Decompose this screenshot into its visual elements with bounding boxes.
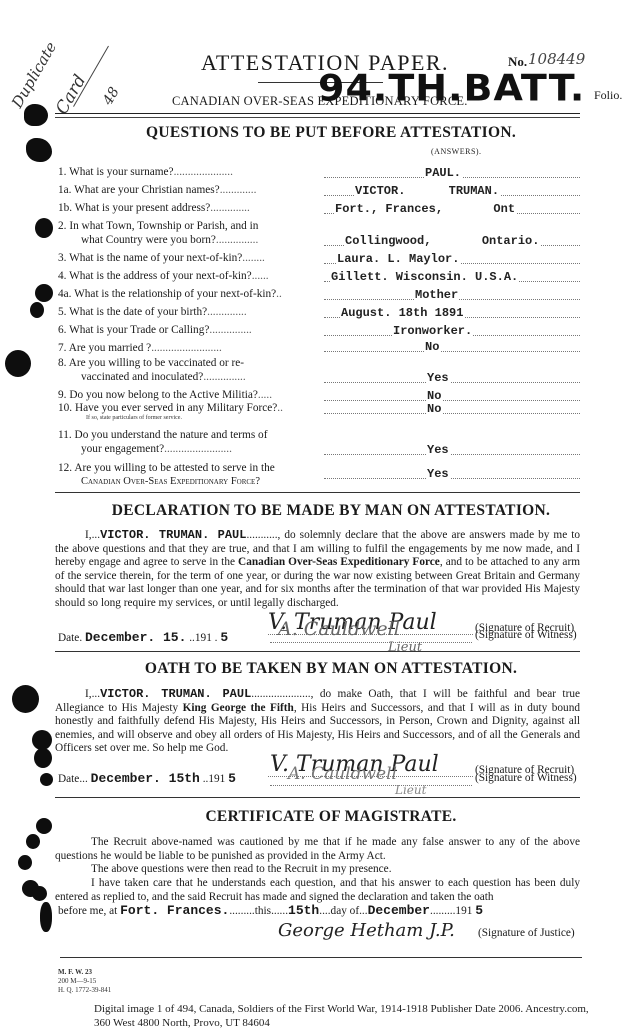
question-1: 1. What is your surname?................… [58, 165, 314, 179]
question-8: 8. Are you willing to be vaccinated or r… [58, 356, 314, 384]
oath-witness-rank: Lieut [395, 783, 426, 797]
section-divider [60, 957, 582, 958]
answer-7: No [324, 339, 580, 354]
margin-note-line: 48 [100, 85, 123, 108]
question-1b: 1b. What is your present address?.......… [58, 201, 314, 215]
answer-1: PAUL. [324, 165, 580, 180]
declaration-text: I,...VICTOR. TRUMAN. PAUL..........., do… [55, 529, 580, 611]
answer-10: No [324, 401, 580, 416]
ink-blot [40, 773, 53, 786]
header-divider [55, 113, 580, 118]
question-6: 6. What is your Trade or Calling?.......… [58, 323, 314, 337]
magistrate-para-2: The above questions were then read to th… [55, 863, 580, 877]
answer-12: Yes [324, 466, 580, 481]
answer-5: August. 18th 1891 [324, 305, 580, 320]
oath-witness-signature: A. Cauldwell [288, 764, 397, 784]
answers-column-label: (ANSWERS). [431, 147, 482, 156]
oath-date-value: December. 15th [91, 771, 200, 786]
margin-note-line: Card [52, 71, 90, 118]
oath-heading: OATH TO BE TAKEN BY MAN ON ATTESTATION. [0, 660, 640, 678]
ink-blot [34, 748, 52, 768]
question-10-note: If so, state particulars of former servi… [86, 415, 182, 421]
magistrate-month: December [368, 903, 430, 918]
answer-6: Ironworker. [324, 323, 580, 338]
regimental-number: 108449 [528, 50, 585, 68]
ink-blot [30, 302, 44, 318]
question-9: 9. Do you now belong to the Active Milit… [58, 388, 314, 402]
answer-1b: Fort., Frances, Ont [324, 201, 580, 216]
form-codes: M. F. W. 23 200 M—9-15 H. Q. 1772-39-841 [58, 968, 111, 995]
declarant-name: VICTOR. TRUMAN. PAUL [100, 528, 246, 542]
question-1a: 1a. What are your Christian names?......… [58, 183, 314, 197]
witness-signature: A. Cauldwell [278, 618, 400, 640]
answer-3: Laura. L. Maylor. [324, 251, 580, 266]
answer-4: Gillett. Wisconsin. U.S.A. [324, 269, 580, 284]
magistrate-place: Fort. Frances. [120, 903, 229, 918]
answer-2: Collingwood, Ontario. [324, 233, 580, 248]
ink-blot [18, 855, 32, 870]
declaration-heading: DECLARATION TO BE MADE BY MAN ON ATTESTA… [0, 502, 640, 520]
magistrate-date-line: before me, at Fort. Frances..........thi… [58, 903, 583, 918]
question-7: 7. Are you married ?....................… [58, 341, 314, 355]
image-credit: Digital image 1 of 494, Canada, Soldiers… [94, 1002, 589, 1030]
answer-11: Yes [324, 442, 580, 457]
question-12: 12. Are you willing to be attested to se… [58, 461, 314, 489]
justice-signature: George Hetham J.P. [278, 920, 455, 941]
answer-1a: VICTOR. TRUMAN. [324, 183, 580, 198]
ink-blot [12, 685, 39, 713]
question-4: 4. What is the address of your next-of-k… [58, 269, 314, 283]
ink-blot [32, 886, 47, 901]
declaration-date: Date. December. 15. ..191 . 5 [58, 630, 228, 645]
declaration-date-value: December. 15. [85, 630, 186, 645]
answer-4a: Mother [324, 287, 580, 302]
battalion-stamp: 94.TH.BATT. [318, 67, 585, 109]
section-divider [55, 492, 580, 493]
witness-signature-label: (Signature of Witness) [475, 629, 577, 641]
answer-8: Yes [324, 370, 580, 385]
magistrate-day: 15th [288, 903, 319, 918]
ink-blot [32, 730, 52, 750]
section-divider [55, 797, 580, 798]
question-5: 5. What is the date of your birth?......… [58, 305, 314, 319]
witness-rank: Lieut [388, 640, 422, 655]
question-3: 3. What is the name of your next-of-kin?… [58, 251, 314, 265]
ink-blot [26, 834, 40, 849]
ink-blot [35, 218, 53, 238]
ink-blot [35, 284, 53, 302]
justice-signature-label: (Signature of Justice) [478, 927, 575, 939]
oath-date: Date... December. 15th ..191 5 [58, 771, 236, 786]
oath-name: VICTOR. TRUMAN. PAUL [100, 687, 251, 701]
magistrate-para-1: The Recruit above-named was cautioned by… [55, 836, 580, 863]
question-4a: 4a. What is the relationship of your nex… [58, 287, 314, 301]
magistrate-para-3: I have taken care that he understands ea… [55, 877, 580, 904]
ink-blot [40, 902, 52, 932]
question-2: 2. In what Town, Township or Parish, and… [58, 219, 314, 247]
magistrate-heading: CERTIFICATE OF MAGISTRATE. [0, 808, 640, 826]
oath-text: I,...VICTOR. TRUMAN. PAUL...............… [55, 688, 580, 756]
folio-label: Folio. [594, 88, 622, 103]
section-divider [55, 651, 580, 652]
oath-witness-signature-label: (Signature of Witness) [475, 772, 577, 784]
signature-dotline [270, 785, 472, 786]
question-11: 11. Do you understand the nature and ter… [58, 428, 314, 456]
question-10: 10. Have you ever served in any Military… [58, 401, 314, 415]
signature-dotline [270, 642, 472, 643]
ink-blot [5, 350, 31, 377]
questions-heading: QUESTIONS TO BE PUT BEFORE ATTESTATION. [0, 124, 640, 142]
